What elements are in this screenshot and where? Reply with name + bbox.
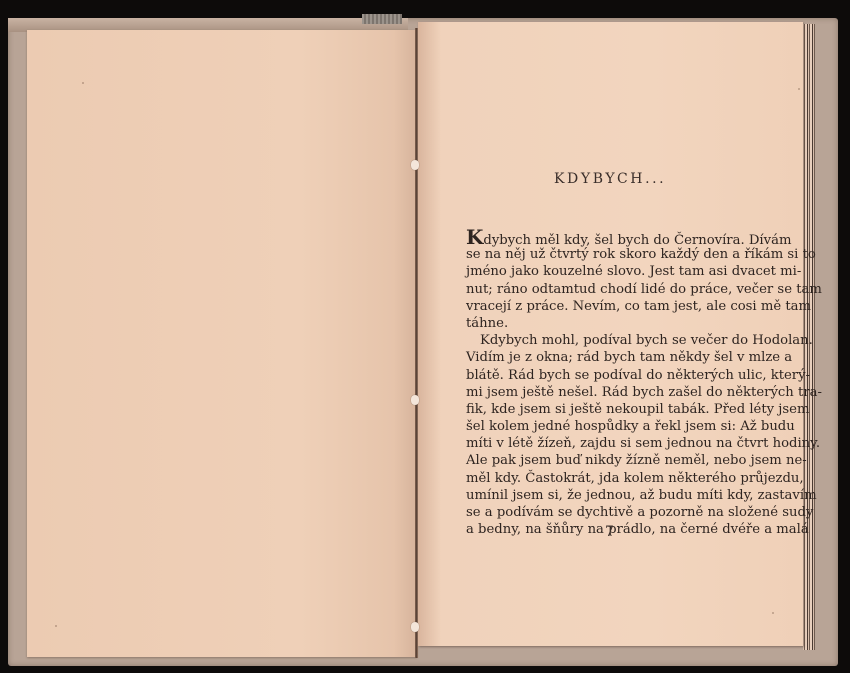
binding-stitch (411, 622, 419, 632)
text-line: Ale pak jsem buď nikdy žízně neměl, nebo… (466, 452, 782, 469)
text-line: šel kolem jedné hospůdky a řekl jsem si:… (466, 418, 782, 435)
binding-stitch (411, 395, 419, 405)
left-page (27, 30, 417, 657)
text-line: nut; ráno odtamtud chodí lidé do práce, … (466, 281, 782, 298)
paper-speck (798, 88, 800, 90)
text-line: umínil jsem si, že jednou, až budu míti … (466, 487, 782, 504)
text-line: fik, kde jsem si ještě nekoupil tabák. P… (466, 401, 782, 418)
text-line: měl kdy. Častokrát, jda kolem některého … (466, 470, 782, 487)
paper-speck (55, 625, 57, 627)
book-headband (362, 14, 402, 24)
text-line: se a podívám se dychtivě a pozorně na sl… (466, 504, 782, 521)
text-line: a bedny, na šňůry na prádlo, na černé dv… (466, 521, 782, 538)
paper-speck (772, 612, 774, 614)
text-line: mi jsem ještě nešel. Rád bych zašel do n… (466, 384, 782, 401)
text-line: vracejí z práce. Nevím, co tam jest, ale… (466, 298, 782, 315)
text-line: táhne. (466, 315, 782, 332)
text-line: blátě. Rád bych se podíval do některých … (466, 367, 782, 384)
text-line: jméno jako kouzelné slovo. Jest tam asi … (466, 263, 782, 280)
page-number: 7 (605, 524, 614, 540)
text-line: míti v létě žízeň, zajdu si sem jednou n… (466, 435, 782, 452)
binding-stitch (411, 160, 419, 170)
chapter-body-text: Kdybych měl kdy, šel bych do Černovíra. … (466, 229, 782, 538)
book-gutter (415, 28, 418, 658)
text-line: Kdybych mohl, podíval bych se večer do H… (466, 332, 782, 349)
text-line: se na něj už čtvrtý rok skoro každý den … (466, 246, 782, 263)
text-line: Vidím je z okna; rád bych tam někdy šel … (466, 349, 782, 366)
text-line: Kdybych měl kdy, šel bych do Černovíra. … (466, 229, 782, 246)
paper-speck (82, 82, 84, 84)
chapter-title: KDYBYCH... (554, 171, 666, 187)
